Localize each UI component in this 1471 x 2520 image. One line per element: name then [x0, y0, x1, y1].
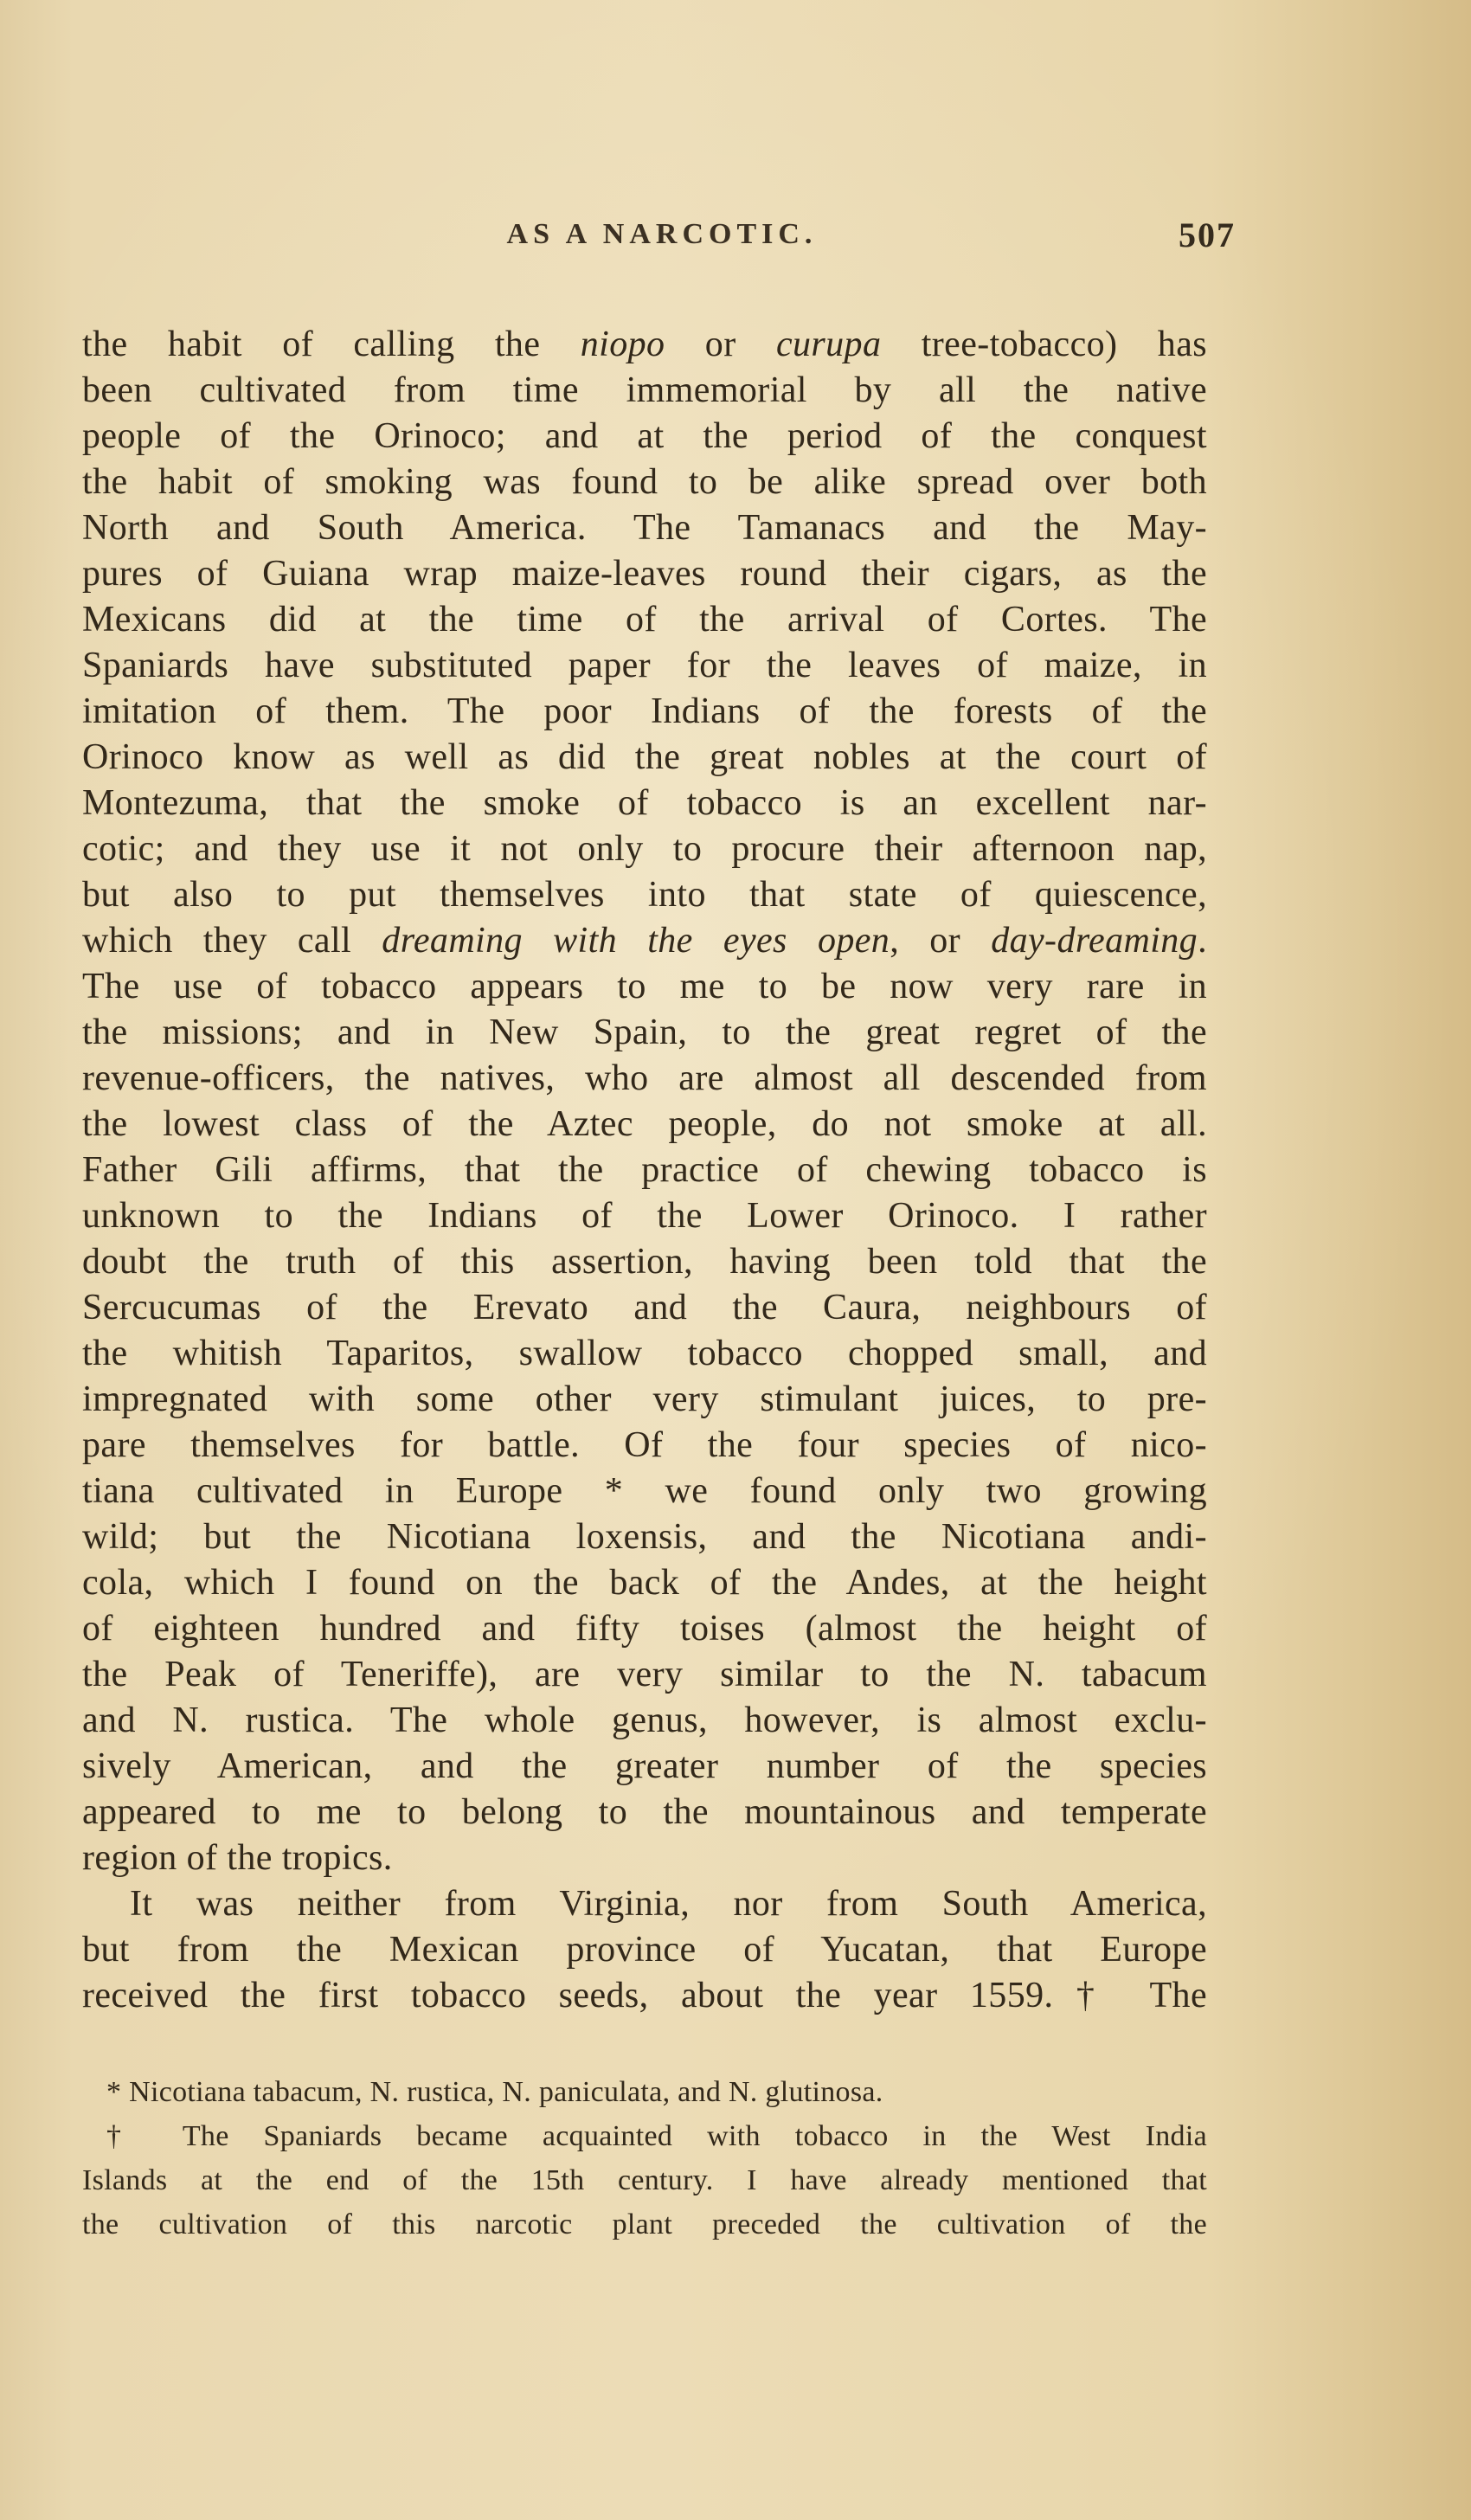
text-line: Sercucumas of the Erevato and the Caura,… — [82, 1285, 1207, 1331]
text-line: the missions; and in New Spain, to the g… — [82, 1010, 1207, 1056]
text-line: Orinoco know as well as did the great no… — [82, 735, 1207, 781]
book-page: AS A NARCOTIC. 507 the habit of calling … — [0, 0, 1471, 2520]
text-line: appeared to me to belong to the mountain… — [82, 1790, 1207, 1835]
text-line: the lowest class of the Aztec people, do… — [82, 1102, 1207, 1147]
text-line: unknown to the Indians of the Lower Orin… — [82, 1193, 1207, 1239]
text-line: been cultivated from time immemorial by … — [82, 368, 1207, 414]
text-line: received the first tobacco seeds, about … — [82, 1973, 1207, 2019]
text-line: Mexicans did at the time of the arrival … — [82, 597, 1207, 643]
text-line: imitation of them. The poor Indians of t… — [82, 689, 1207, 735]
text-line: which they call dreaming with the eyes o… — [82, 918, 1207, 964]
text-line: the habit of smoking was found to be ali… — [82, 460, 1207, 505]
text-line: and N. rustica. The whole genus, however… — [82, 1698, 1207, 1744]
text-line: Spaniards have substituted paper for the… — [82, 643, 1207, 689]
text-line: It was neither from Virginia, nor from S… — [82, 1881, 1207, 1927]
text-line: pures of Guiana wrap maize-leaves round … — [82, 551, 1207, 597]
running-title: AS A NARCOTIC. — [82, 218, 1207, 251]
text-line: † The Spaniards became acquainted with t… — [82, 2114, 1207, 2158]
text-line: wild; but the Nicotiana loxensis, and th… — [82, 1514, 1207, 1560]
text-line: cotic; and they use it not only to procu… — [82, 826, 1207, 872]
text-line: cola, which I found on the back of the A… — [82, 1560, 1207, 1606]
text-line: but also to put themselves into that sta… — [82, 872, 1207, 918]
text-line: but from the Mexican province of Yucatan… — [82, 1927, 1207, 1973]
text-line: revenue-officers, the natives, who are a… — [82, 1056, 1207, 1102]
text-line: tiana cultivated in Europe * we found on… — [82, 1469, 1207, 1514]
text-line: region of the tropics. — [82, 1835, 1207, 1881]
text-line: North and South America. The Tamanacs an… — [82, 505, 1207, 551]
text-line: the habit of calling the niopo or curupa… — [82, 322, 1207, 368]
text-line: * Nicotiana tabacum, N. rustica, N. pani… — [82, 2070, 1207, 2114]
text-line: The use of tobacco appears to me to be n… — [82, 964, 1207, 1010]
text-line: of eighteen hundred and fifty toises (al… — [82, 1606, 1207, 1652]
text-line: people of the Orinoco; and at the period… — [82, 414, 1207, 460]
text-line: sively American, and the greater number … — [82, 1744, 1207, 1790]
body-text: the habit of calling the niopo or curupa… — [82, 322, 1207, 2019]
text-line: Islands at the end of the 15th century. … — [82, 2158, 1207, 2202]
text-line: the Peak of Teneriffe), are very similar… — [82, 1652, 1207, 1698]
footnotes: * Nicotiana tabacum, N. rustica, N. pani… — [82, 2070, 1207, 2247]
page-number: 507 — [1151, 215, 1263, 255]
text-line: impregnated with some other very stimula… — [82, 1377, 1207, 1423]
text-line: doubt the truth of this assertion, havin… — [82, 1239, 1207, 1285]
text-line: pare themselves for battle. Of the four … — [82, 1423, 1207, 1469]
text-line: Montezuma, that the smoke of tobacco is … — [82, 781, 1207, 826]
text-line: the whitish Taparitos, swallow tobacco c… — [82, 1331, 1207, 1377]
text-line: the cultivation of this narcotic plant p… — [82, 2202, 1207, 2247]
text-line: Father Gili affirms, that the practice o… — [82, 1147, 1207, 1193]
